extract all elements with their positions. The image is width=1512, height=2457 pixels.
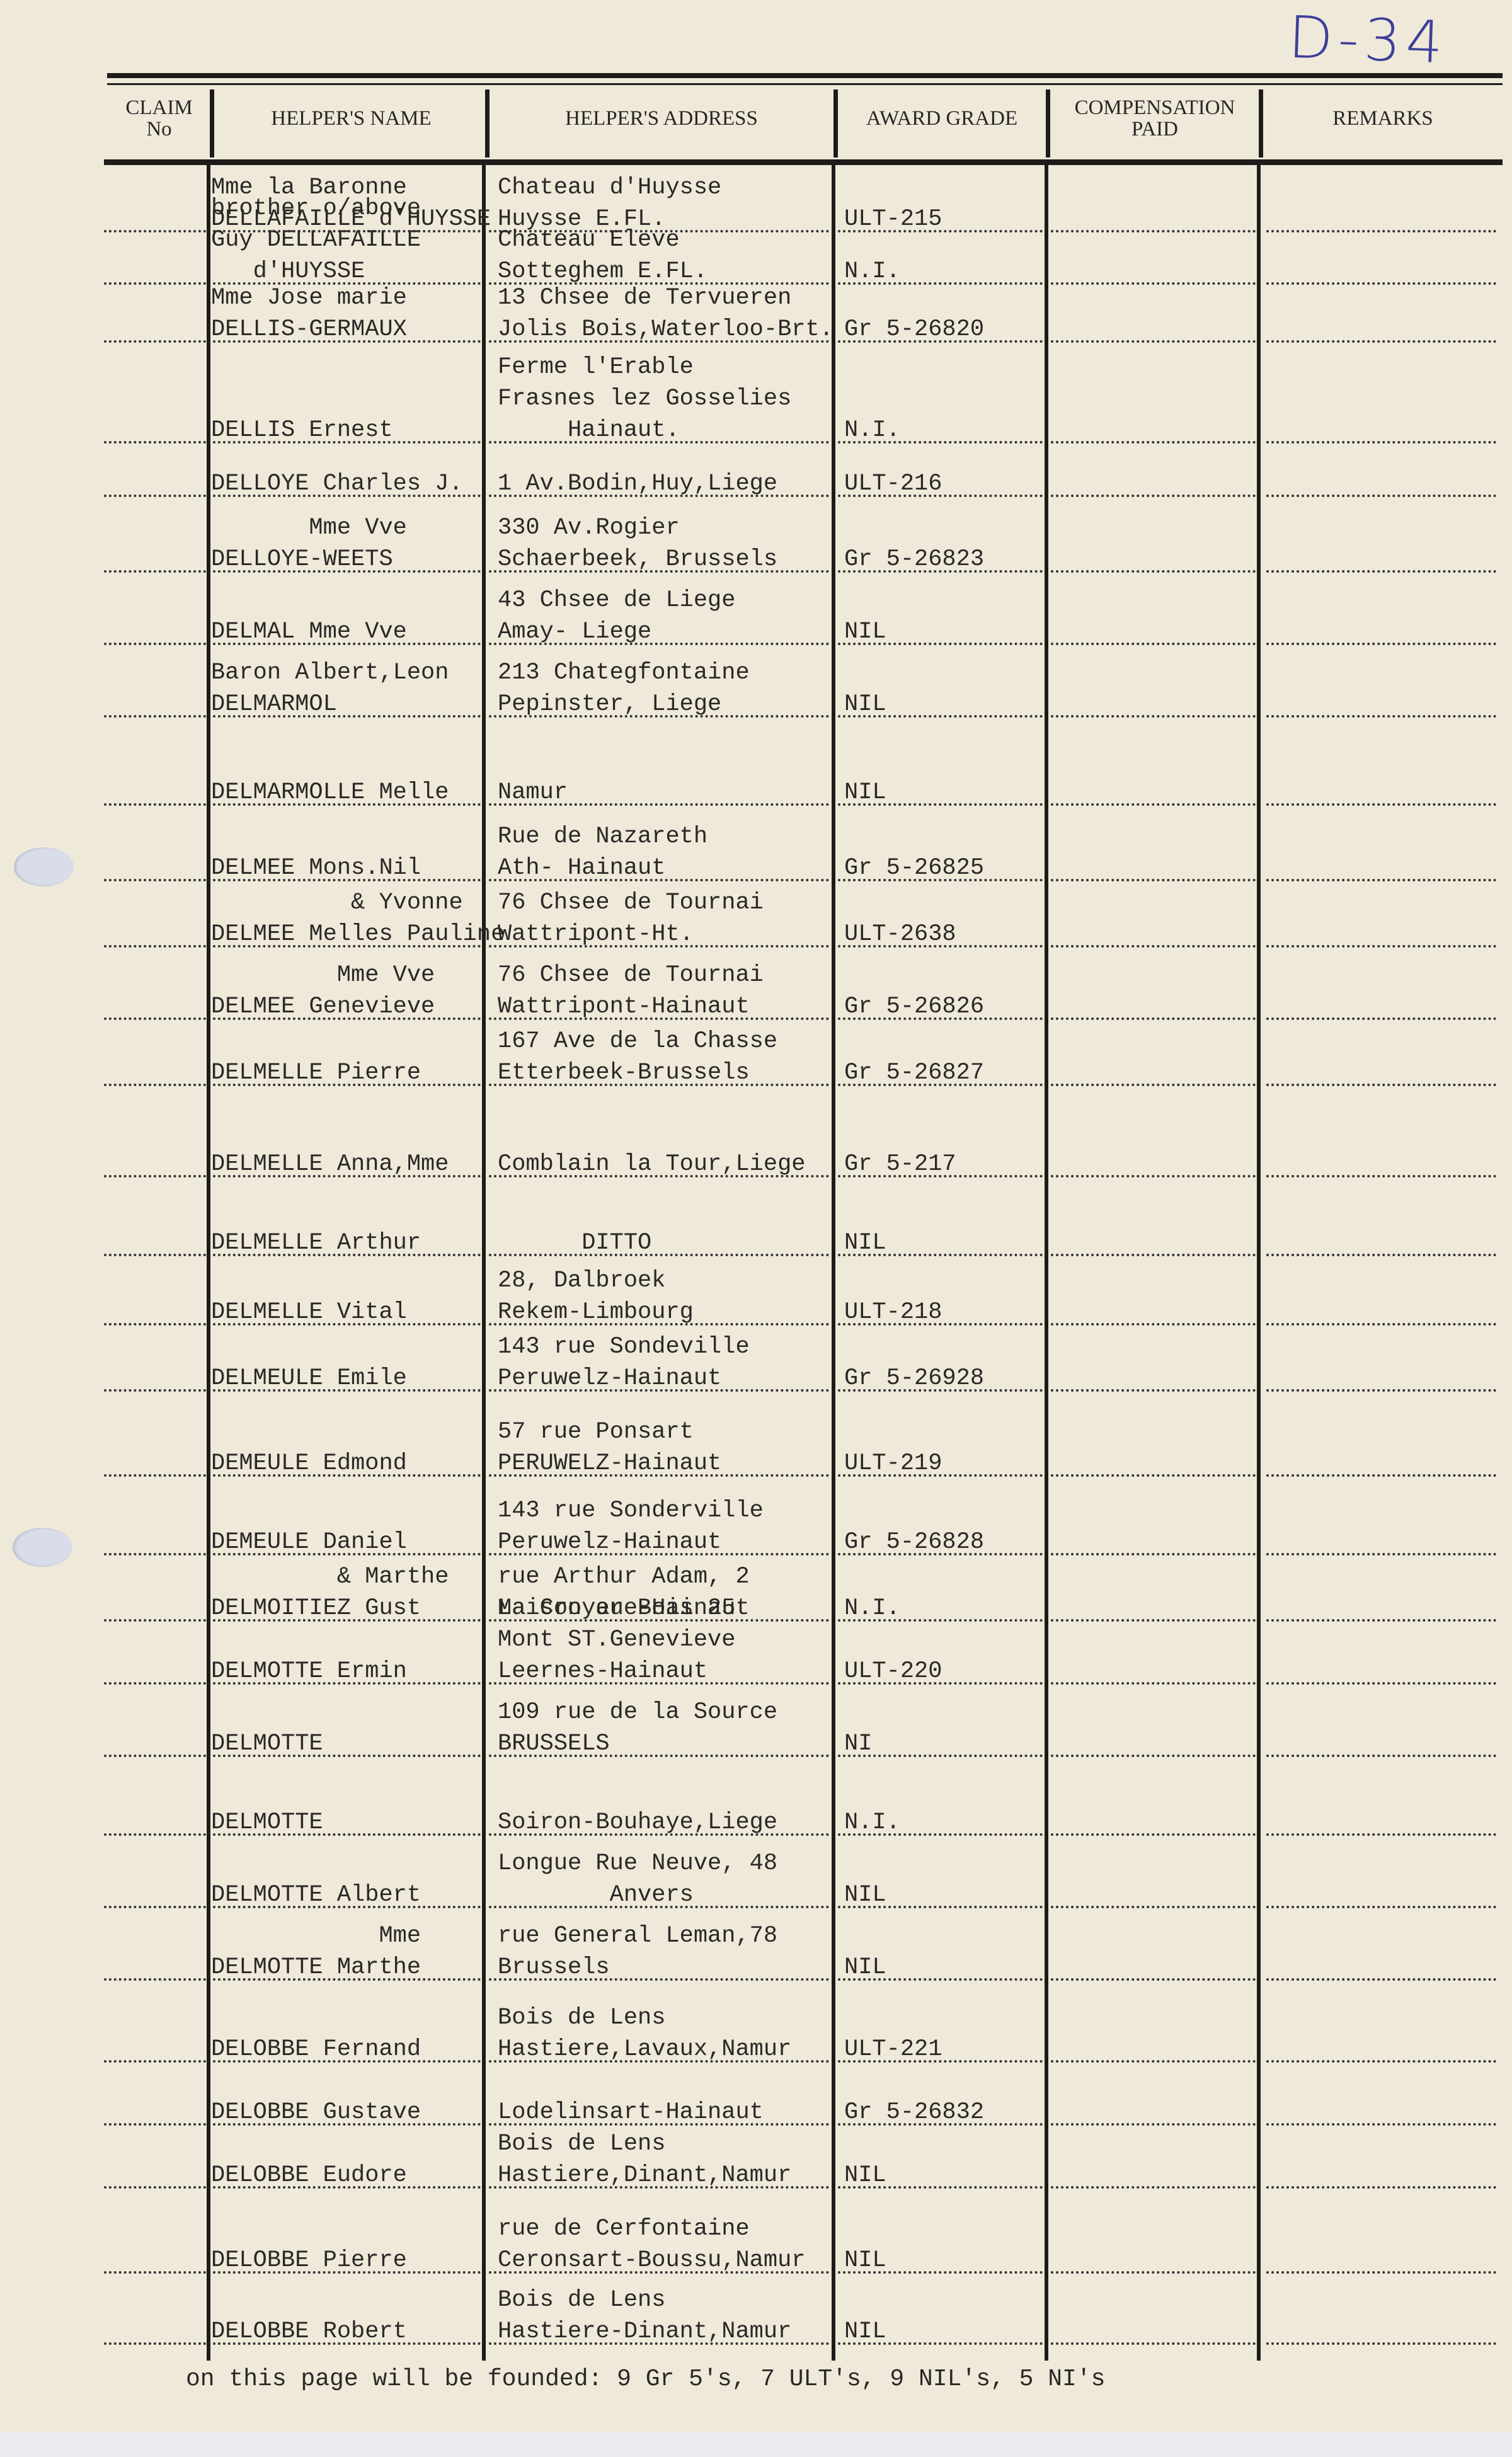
row-guide-line bbox=[1266, 570, 1496, 573]
row-guide-line bbox=[104, 1017, 206, 1020]
row-guide-line bbox=[1266, 879, 1496, 881]
award-grade-cell: ULT-219 bbox=[844, 1448, 942, 1479]
row-guide-line bbox=[1266, 495, 1496, 497]
award-grade-cell: N.I. bbox=[844, 1593, 900, 1624]
row-guide-line bbox=[1266, 945, 1496, 948]
header-bottom-rule bbox=[104, 159, 1503, 165]
row-guide-line bbox=[1051, 2060, 1256, 2063]
scan-bottom-edge bbox=[0, 2432, 1512, 2457]
row-guide-line bbox=[1051, 879, 1256, 881]
row-guide-line bbox=[1266, 1323, 1496, 1326]
row-guide-line bbox=[1266, 1254, 1496, 1256]
row-guide-line bbox=[104, 2271, 206, 2274]
helper-address-cell: Bois de Lens Hastiere,Lavaux,Namur bbox=[498, 2002, 791, 2065]
row-guide-line bbox=[104, 945, 206, 948]
row-guide-line bbox=[1266, 1978, 1496, 1981]
award-grade-cell: NI bbox=[844, 1728, 872, 1760]
row-guide-line bbox=[1051, 1474, 1256, 1477]
helper-name-cell: DELMOTTE bbox=[211, 1807, 323, 1838]
helper-address-cell: 213 Chategfontaine Pepinster, Liege bbox=[498, 657, 750, 720]
row-guide-line bbox=[1266, 1755, 1496, 1757]
helper-name-cell: DELMELLE Anna,Mme bbox=[211, 1148, 449, 1180]
row-guide-line bbox=[104, 2186, 206, 2189]
award-grade-cell: ULT-220 bbox=[844, 1656, 942, 1687]
page-number: D-34 bbox=[1287, 4, 1449, 77]
row-guide-line bbox=[104, 1254, 206, 1256]
top-thick-rule bbox=[107, 73, 1503, 78]
row-guide-line bbox=[104, 1323, 206, 1326]
row-guide-line bbox=[1051, 715, 1256, 718]
row-guide-line bbox=[1051, 230, 1256, 232]
row-guide-line bbox=[104, 803, 206, 806]
award-grade-cell: Gr 5-26828 bbox=[844, 1526, 984, 1558]
row-guide-line bbox=[104, 1389, 206, 1392]
helper-name-cell: DELMEULE Emile bbox=[211, 1363, 407, 1394]
helper-name-cell: DELMOTTE Albert bbox=[211, 1879, 421, 1911]
row-guide-line bbox=[104, 1833, 206, 1836]
row-guide-line bbox=[1051, 803, 1256, 806]
column-divider-name bbox=[207, 165, 210, 2361]
row-guide-line bbox=[1266, 230, 1496, 232]
award-grade-cell: ULT-215 bbox=[844, 203, 942, 235]
award-grade-cell: N.I. bbox=[844, 256, 900, 287]
row-guide-line bbox=[1051, 2271, 1256, 2274]
helper-name-cell: DELLOYE Charles J. bbox=[211, 468, 463, 500]
helper-name-cell: DELMELLE Pierre bbox=[211, 1057, 421, 1089]
helper-address-cell: Bois de Lens Hastiere,Dinant,Namur bbox=[498, 2128, 791, 2191]
helper-address-cell: 109 rue de la Source BRUSSELS bbox=[498, 1697, 777, 1760]
column-divider-address bbox=[482, 165, 486, 2361]
column-divider-grade bbox=[832, 165, 835, 2361]
award-grade-cell: NIL bbox=[844, 2316, 886, 2347]
row-guide-line bbox=[1051, 1619, 1256, 1622]
award-grade-cell: Gr 5-26827 bbox=[844, 1057, 984, 1089]
row-guide-line bbox=[1266, 1619, 1496, 1622]
document-page: D-34 CLAIM No HELPER'S NAME HELPER'S ADD… bbox=[0, 0, 1512, 2432]
award-grade-cell: Gr 5-26823 bbox=[844, 544, 984, 575]
helper-name-cell: DELMOTTE Ermin bbox=[211, 1656, 407, 1687]
helper-address-cell: Rue de Nazareth Ath- Hainaut bbox=[498, 821, 707, 884]
helper-name-cell: Baron Albert,Leon DELMARMOL bbox=[211, 657, 449, 720]
helper-address-cell: 167 Ave de la Chasse Etterbeek-Brussels bbox=[498, 1026, 777, 1089]
column-divider-remarks bbox=[1257, 165, 1261, 2361]
helper-address-cell: Ferme l'Erable Frasnes lez Gosselies Hai… bbox=[498, 352, 791, 446]
helper-address-cell: 43 Chsee de Liege Amay- Liege bbox=[498, 585, 735, 648]
helper-address-cell: Comblain la Tour,Liege bbox=[498, 1148, 805, 1180]
header-divider-5 bbox=[1259, 89, 1263, 157]
row-guide-line bbox=[104, 1755, 206, 1757]
row-guide-line bbox=[104, 282, 206, 285]
row-guide-line bbox=[104, 1175, 206, 1177]
award-grade-cell: NIL bbox=[844, 2160, 886, 2191]
row-guide-line bbox=[104, 715, 206, 718]
row-guide-line bbox=[104, 2060, 206, 2063]
row-guide-line bbox=[1051, 1553, 1256, 1555]
helper-address-cell: Lodelinsart-Hainaut bbox=[498, 2097, 764, 2128]
header-divider-1 bbox=[210, 89, 214, 157]
helper-name-cell: DELOBBE Eudore bbox=[211, 2160, 407, 2191]
helper-name-cell: DELMARMOLLE Melle bbox=[211, 777, 449, 808]
helper-address-cell: 143 rue Sonderville Peruwelz-Hainaut bbox=[498, 1495, 764, 1558]
award-grade-cell: NIL bbox=[844, 689, 886, 720]
row-guide-line bbox=[104, 1906, 206, 1908]
row-guide-line bbox=[1051, 945, 1256, 948]
row-guide-line bbox=[1051, 2342, 1256, 2345]
award-grade-cell: Gr 5-26820 bbox=[844, 314, 984, 345]
row-guide-line bbox=[104, 2342, 206, 2345]
helper-address-cell: 1 Av.Bodin,Huy,Liege bbox=[498, 468, 777, 500]
row-guide-line bbox=[1266, 2186, 1496, 2189]
helper-address-cell: Maison au Bois 25 Mont ST.Genevieve Leer… bbox=[498, 1593, 735, 1687]
helper-name-cell: DEMEULE Edmond bbox=[211, 1448, 407, 1479]
row-guide-line bbox=[1051, 643, 1256, 645]
award-grade-cell: Gr 5-217 bbox=[844, 1148, 956, 1180]
helper-address-cell: rue de Cerfontaine Ceronsart-Boussu,Namu… bbox=[498, 2213, 805, 2276]
header-remarks: REMARKS bbox=[1263, 82, 1503, 154]
award-grade-cell: Gr 5-26928 bbox=[844, 1363, 984, 1394]
helper-name-cell: DELLIS Ernest bbox=[211, 415, 393, 446]
helper-address-cell: Soiron-Bouhaye,Liege bbox=[498, 1807, 777, 1838]
row-guide-line bbox=[1266, 1389, 1496, 1392]
award-grade-cell: NIL bbox=[844, 1952, 886, 1983]
helper-name-cell: DEMEULE Daniel bbox=[211, 1526, 407, 1558]
helper-address-cell: 28, Dalbroek Rekem-Limbourg bbox=[498, 1265, 694, 1328]
row-guide-line bbox=[1266, 643, 1496, 645]
award-grade-cell: NIL bbox=[844, 616, 886, 648]
row-guide-line bbox=[1266, 1017, 1496, 1020]
helper-address-cell: 76 Chsee de Tournai Wattripont-Ht. bbox=[498, 887, 764, 950]
award-grade-cell: ULT-218 bbox=[844, 1297, 942, 1328]
helper-address-cell: rue General Leman,78 Brussels bbox=[498, 1920, 777, 1983]
helper-name-cell: DELMEE Mons.Nil bbox=[211, 852, 421, 884]
row-guide-line bbox=[1266, 2342, 1496, 2345]
helper-address-cell: Namur bbox=[498, 777, 568, 808]
row-guide-line bbox=[104, 230, 206, 232]
row-guide-line bbox=[1051, 340, 1256, 343]
helper-name-cell: DELOBBE Fernand bbox=[211, 2034, 421, 2065]
row-guide-line bbox=[1051, 1389, 1256, 1392]
helper-address-cell: Bois de Lens Hastiere-Dinant,Namur bbox=[498, 2284, 791, 2347]
helper-name-cell: DELMELLE Vital bbox=[211, 1297, 407, 1328]
row-guide-line bbox=[1051, 1323, 1256, 1326]
row-guide-line bbox=[1266, 2060, 1496, 2063]
row-guide-line bbox=[104, 1474, 206, 1477]
row-guide-line bbox=[1266, 282, 1496, 285]
helper-name-cell: brother o/above Guy DELLAFAILLE d'HUYSSE bbox=[211, 193, 421, 287]
helper-address-cell: 143 rue Sondeville Peruwelz-Hainaut bbox=[498, 1331, 750, 1394]
header-divider-2 bbox=[485, 89, 490, 157]
row-guide-line bbox=[104, 1682, 206, 1685]
header-claim-no: CLAIM No bbox=[107, 82, 211, 154]
helper-name-cell: DELMELLE Arthur bbox=[211, 1227, 421, 1259]
row-guide-line bbox=[104, 643, 206, 645]
award-grade-cell: ULT-216 bbox=[844, 468, 942, 500]
row-guide-line bbox=[104, 570, 206, 573]
row-guide-line bbox=[1266, 715, 1496, 718]
helper-name-cell: Mme Jose marie DELLIS-GERMAUX bbox=[211, 282, 407, 345]
row-guide-line bbox=[1266, 1474, 1496, 1477]
row-guide-line bbox=[1266, 441, 1496, 444]
row-guide-line bbox=[104, 495, 206, 497]
row-guide-line bbox=[1266, 803, 1496, 806]
row-guide-line bbox=[1051, 1254, 1256, 1256]
award-grade-cell: ULT-221 bbox=[844, 2034, 942, 2065]
helper-address-cell: 57 rue Ponsart PERUWELZ-Hainaut bbox=[498, 1416, 721, 1479]
row-guide-line bbox=[1266, 1833, 1496, 1836]
helper-name-cell: Mme Vve DELLOYE-WEETS bbox=[211, 512, 407, 575]
header-divider-4 bbox=[1046, 89, 1050, 157]
header-divider-3 bbox=[833, 89, 838, 157]
helper-address-cell: 13 Chsee de Tervueren Jolis Bois,Waterlo… bbox=[498, 282, 833, 345]
helper-name-cell: DELMOTTE bbox=[211, 1728, 323, 1760]
row-guide-line bbox=[1051, 2123, 1256, 2126]
award-grade-cell: N.I. bbox=[844, 1807, 900, 1838]
header-award-grade: AWARD GRADE bbox=[838, 82, 1046, 154]
award-grade-cell: NIL bbox=[844, 1879, 886, 1911]
award-grade-cell: NIL bbox=[844, 2245, 886, 2276]
award-grade-cell: ULT-2638 bbox=[844, 919, 956, 950]
row-guide-line bbox=[1266, 1175, 1496, 1177]
row-guide-line bbox=[1266, 1682, 1496, 1685]
row-guide-line bbox=[1051, 1978, 1256, 1981]
helper-address-cell: Chateau Eleve Sotteghem E.FL. bbox=[498, 224, 707, 287]
award-grade-cell: Gr 5-26826 bbox=[844, 991, 984, 1022]
award-grade-cell: Gr 5-26825 bbox=[844, 852, 984, 884]
punch-hole-top bbox=[14, 847, 74, 886]
page-summary-note: on this page will be founded: 9 Gr 5's, … bbox=[186, 2366, 1105, 2393]
helper-name-cell: DELMAL Mme Vve bbox=[211, 616, 407, 648]
award-grade-cell: Gr 5-26832 bbox=[844, 2097, 984, 2128]
row-guide-line bbox=[1266, 2123, 1496, 2126]
row-guide-line bbox=[1266, 1553, 1496, 1555]
helper-name-cell: DELOBBE Pierre bbox=[211, 2245, 407, 2276]
award-grade-cell: NIL bbox=[844, 1227, 886, 1259]
column-divider-compensation bbox=[1045, 165, 1048, 2361]
row-guide-line bbox=[1051, 441, 1256, 444]
row-guide-line bbox=[104, 1978, 206, 1981]
row-guide-line bbox=[1051, 1017, 1256, 1020]
row-guide-line bbox=[104, 340, 206, 343]
helper-address-cell: DITTO bbox=[498, 1227, 651, 1259]
award-grade-cell: NIL bbox=[844, 777, 886, 808]
row-guide-line bbox=[1266, 2271, 1496, 2274]
helper-address-cell: Longue Rue Neuve, 48 Anvers bbox=[498, 1848, 777, 1911]
row-guide-line bbox=[104, 1553, 206, 1555]
row-guide-line bbox=[1051, 1833, 1256, 1836]
punch-hole-bottom bbox=[13, 1528, 72, 1567]
row-guide-line bbox=[1051, 1755, 1256, 1757]
header-helper-name: HELPER'S NAME bbox=[217, 82, 485, 154]
row-guide-line bbox=[1051, 495, 1256, 497]
helper-address-cell: 76 Chsee de Tournai Wattripont-Hainaut bbox=[498, 959, 764, 1022]
row-guide-line bbox=[1051, 1175, 1256, 1177]
helper-name-cell: Mme Vve DELMEE Genevieve bbox=[211, 959, 435, 1022]
helper-name-cell: & Marthe DELMOITIEZ Gust bbox=[211, 1561, 449, 1624]
row-guide-line bbox=[104, 2123, 206, 2126]
helper-name-cell: DELOBBE Robert bbox=[211, 2316, 407, 2347]
row-guide-line bbox=[1266, 340, 1496, 343]
helper-name-cell: Mme DELMOTTE Marthe bbox=[211, 1920, 421, 1983]
award-grade-cell: N.I. bbox=[844, 415, 900, 446]
row-guide-line bbox=[1051, 1084, 1256, 1086]
row-guide-line bbox=[104, 1084, 206, 1086]
header-helper-address: HELPER'S ADDRESS bbox=[491, 82, 832, 154]
row-guide-line bbox=[104, 879, 206, 881]
helper-name-cell: DELOBBE Gustave bbox=[211, 2097, 421, 2128]
row-guide-line bbox=[1051, 1906, 1256, 1908]
row-guide-line bbox=[1051, 570, 1256, 573]
row-guide-line bbox=[1051, 282, 1256, 285]
helper-address-cell: 330 Av.Rogier Schaerbeek, Brussels bbox=[498, 512, 777, 575]
row-guide-line bbox=[104, 441, 206, 444]
row-guide-line bbox=[1051, 1682, 1256, 1685]
row-guide-line bbox=[1266, 1906, 1496, 1908]
helper-name-cell: & Yvonne DELMEE Melles Pauline bbox=[211, 887, 505, 950]
row-guide-line bbox=[1051, 2186, 1256, 2189]
row-guide-line bbox=[104, 1619, 206, 1622]
row-guide-line bbox=[1266, 1084, 1496, 1086]
header-compensation-paid: COMPENSATION PAID bbox=[1051, 82, 1259, 154]
